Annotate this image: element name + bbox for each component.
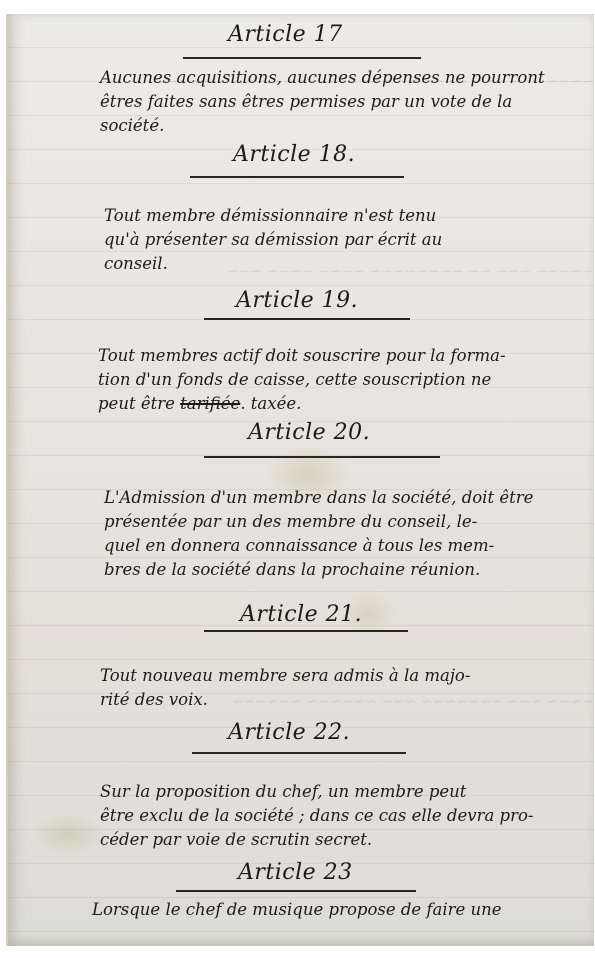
text-line: Tout nouveau membre sera admis à la majo… [100, 664, 470, 688]
text-line: Tout membre démissionnaire n'est tenu [104, 204, 442, 228]
article-heading: Article 18. [233, 142, 355, 167]
text-line: Aucunes acquisitions, aucunes dépenses n… [100, 66, 545, 90]
article-body: Tout membres actif doit souscrire pour l… [98, 344, 506, 416]
text-line: qu'à présenter sa démission par écrit au [104, 228, 442, 252]
article-body: Tout membre démissionnaire n'est tenu qu… [104, 204, 442, 276]
text-line: peut être tarifiée. taxée. [98, 392, 506, 416]
article-heading: Article 17 [228, 22, 343, 47]
text-fragment: peut être [98, 394, 175, 413]
heading-underline [204, 630, 408, 632]
heading-underline [204, 456, 440, 458]
heading-underline [192, 752, 406, 754]
text-line: quel en donnera connaissance à tous les … [104, 534, 533, 558]
heading-underline [204, 318, 410, 320]
heading-underline [190, 176, 404, 178]
article-body: Lorsque le chef de musique propose de fa… [92, 898, 502, 922]
article-heading: Article 19. [236, 288, 358, 313]
text-line: céder par voie de scrutin secret. [100, 828, 534, 852]
text-line: être exclu de la société ; dans ce cas e… [100, 804, 534, 828]
text-line: rité des voix. [100, 688, 470, 712]
text-line: L'Admission d'un membre dans la société,… [104, 486, 533, 510]
document-content: Article 17 Aucunes acquisitions, aucunes… [0, 0, 595, 958]
text-line: êtres faites sans êtres permises par un … [100, 90, 545, 114]
article-body: L'Admission d'un membre dans la société,… [104, 486, 533, 582]
text-line: Tout membres actif doit souscrire pour l… [98, 344, 506, 368]
struck-out-word: tarifiée [180, 394, 240, 413]
article-heading: Article 20. [248, 420, 370, 445]
article-body: Aucunes acquisitions, aucunes dépenses n… [100, 66, 545, 138]
text-line: Lorsque le chef de musique propose de fa… [92, 898, 502, 922]
text-line: bres de la société dans la prochaine réu… [104, 558, 533, 582]
heading-underline [176, 890, 416, 892]
text-line: tion d'un fonds de caisse, cette souscri… [98, 368, 506, 392]
article-body: Sur la proposition du chef, un membre pe… [100, 780, 534, 852]
article-heading: Article 22. [228, 720, 350, 745]
text-line: conseil. [104, 252, 442, 276]
article-heading: Article 23 [238, 860, 353, 885]
article-body: Tout nouveau membre sera admis à la majo… [100, 664, 470, 712]
text-line: société. [100, 114, 545, 138]
text-line: Sur la proposition du chef, un membre pe… [100, 780, 534, 804]
correction-text: . taxée. [240, 394, 301, 413]
text-line: présentée par un des membre du conseil, … [104, 510, 533, 534]
heading-underline [183, 57, 421, 59]
article-heading: Article 21. [240, 602, 362, 627]
